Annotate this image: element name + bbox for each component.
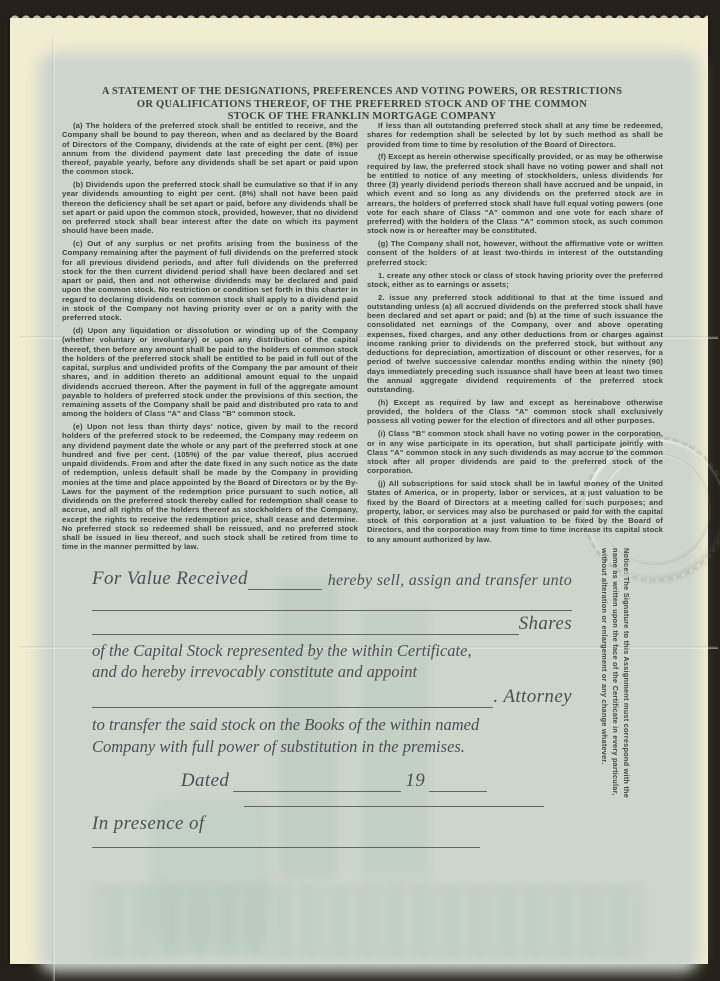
transfer-line-2: Company with full power of substitution … xyxy=(92,736,572,758)
in-presence-of-row: In presence of xyxy=(92,809,572,835)
paragraph-b: (b) Dividends upon the preferred stock s… xyxy=(62,180,358,236)
capital-stock-line-1: of the Capital Stock represented by the … xyxy=(92,640,572,661)
dated-label: Dated xyxy=(181,770,229,792)
year-prefix: 19 xyxy=(405,770,425,792)
paragraph-h: (h) Except as required by law and except… xyxy=(367,398,663,426)
statement-title: A STATEMENT OF THE DESIGNATIONS, PREFERE… xyxy=(68,86,656,124)
year-blank-line xyxy=(429,791,487,792)
paragraph-a: (a) The holders of the preferred stock s… xyxy=(62,121,358,177)
attorney-blank-line xyxy=(92,707,493,708)
paragraph-f: (f) Except as herein otherwise specifica… xyxy=(367,152,663,235)
shares-blank-line xyxy=(92,634,519,635)
shares-label: Shares xyxy=(519,613,572,635)
attorney-label: . Attorney xyxy=(493,686,572,708)
paragraph-d: (d) Upon any liquidation or dissolution … xyxy=(62,326,358,419)
statement-title-line: A STATEMENT OF THE DESIGNATIONS, PREFERE… xyxy=(68,86,656,99)
witness-blank-line-lower xyxy=(92,847,480,848)
capital-stock-line-2: and do hereby irrevocably constitute and… xyxy=(92,661,572,682)
assignee-blank-line xyxy=(248,589,322,590)
paragraph-e-continued: If less than all outstanding preferred s… xyxy=(367,121,663,149)
for-value-received-row: For Value Received hereby sell, assign a… xyxy=(92,564,572,590)
paragraph-e: (e) Upon not less than thirty days' noti… xyxy=(62,422,358,552)
assignment-form: For Value Received hereby sell, assign a… xyxy=(92,556,572,848)
statement-columns: (a) The holders of the preferred stock s… xyxy=(62,121,664,552)
dated-row: Dated 19 xyxy=(92,766,572,792)
paragraph-g-item-1: 1. create any other stock or class of st… xyxy=(367,271,663,290)
right-column: If less than all outstanding preferred s… xyxy=(367,121,663,552)
shares-row: Shares xyxy=(92,611,572,635)
left-column: (a) The holders of the preferred stock s… xyxy=(62,121,358,552)
in-presence-of-label: In presence of xyxy=(92,813,205,835)
paragraph-g: (g) The Company shall not, however, with… xyxy=(367,239,663,267)
statement-title-line: OR QUALIFICATIONS THEREOF, OF THE PREFER… xyxy=(68,99,656,112)
fold-crease-vertical xyxy=(52,36,55,981)
transfer-text: to transfer the said stock on the Books … xyxy=(92,714,572,758)
for-value-received-label: For Value Received xyxy=(92,568,248,590)
capital-stock-text: of the Capital Stock represented by the … xyxy=(92,640,572,682)
certificate-back-scan: A STATEMENT OF THE DESIGNATIONS, PREFERE… xyxy=(0,0,720,981)
sell-assign-label: hereby sell, assign and transfer unto xyxy=(328,572,572,590)
paragraph-i: (i) Class "B" common stock shall have no… xyxy=(367,429,663,475)
paragraph-g-item-2: 2. issue any preferred stock additional … xyxy=(367,293,663,395)
attorney-row: . Attorney xyxy=(92,682,572,708)
paragraph-c: (c) Out of any surplus or net profits ar… xyxy=(62,239,358,322)
transfer-line-1: to transfer the said stock on the Books … xyxy=(92,714,572,736)
witness-blank-line-upper xyxy=(244,806,544,807)
date-blank-line xyxy=(233,791,401,792)
signature-notice-vertical: Notice: The Signature to this Assignment… xyxy=(586,548,632,800)
paragraph-j: (j) All subscriptions for said stock sha… xyxy=(367,479,663,544)
